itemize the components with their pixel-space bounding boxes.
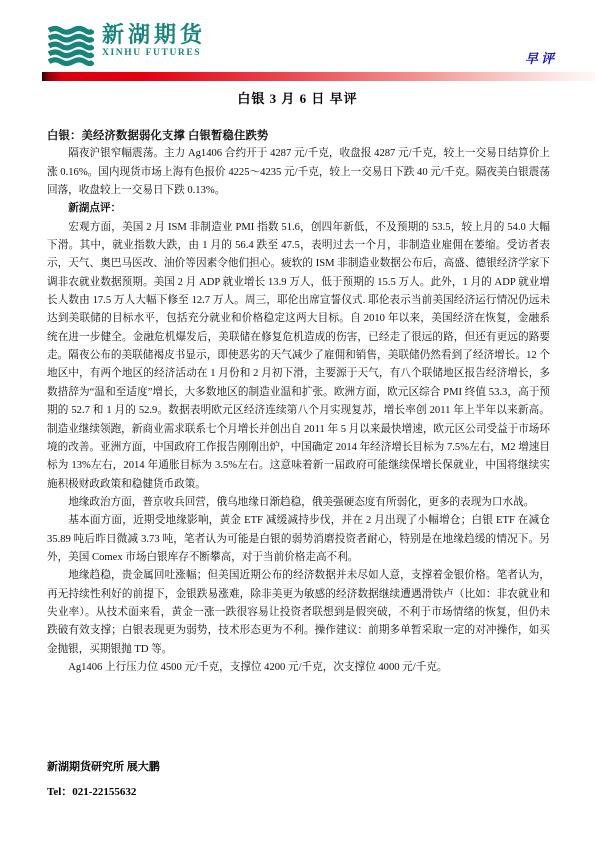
author-line: 新湖期货研究所 展大鹏: [47, 755, 160, 780]
report-headline: 白银：美经济数据弱化支撑 白银暂稳住跌势: [47, 127, 550, 145]
logo-name-cn: 新湖期货: [102, 24, 206, 46]
comment-section-label: 新湖点评：: [47, 200, 550, 218]
paragraph-price-levels: Ag1406 上行压力位 4500 元/千克，支撑位 4200 元/千克，次支撑…: [47, 659, 550, 677]
company-logo: 新湖期货 XINHU FUTURES: [48, 24, 557, 72]
telephone-line: Tel：021-22155632: [47, 780, 160, 805]
page-header: 新湖期货 XINHU FUTURES 早评: [48, 24, 557, 70]
paragraph-macro: 宏观方面，美国 2 月 ISM 非制造业 PMI 指数 51.6，创四年新低，不…: [47, 219, 550, 494]
report-footer: 新湖期货研究所 展大鹏 Tel：021-22155632: [47, 755, 160, 805]
paragraph-market-recap: 隔夜沪银窄幅震荡。主力 Ag1406 合约开于 4287 元/千克，收盘报 42…: [47, 145, 550, 200]
report-type-label: 早评: [525, 48, 557, 67]
paragraph-technical-advice: 地缘趋稳，贵金属回吐涨幅；但美国近期公布的经济数据并未尽如人意，支撑着金银价格。…: [47, 567, 550, 659]
report-body: 白银：美经济数据弱化支撑 白银暂稳住跌势 隔夜沪银窄幅震荡。主力 Ag1406 …: [47, 127, 550, 677]
wave-lake-icon: [48, 25, 94, 72]
report-page: 新湖期货 XINHU FUTURES 早评 白银 3 月 6 日 早评 白银：美…: [0, 0, 595, 842]
header-divider-bar: [42, 72, 595, 81]
logo-text: 新湖期货 XINHU FUTURES: [102, 24, 206, 59]
page-title: 白银 3 月 6 日 早评: [0, 88, 595, 107]
paragraph-geopolitics: 地缘政治方面，普京收兵回营，俄乌地缘日渐趋稳，俄美强硬态度有所弱化，更多的表现为…: [47, 494, 550, 512]
paragraph-fundamentals: 基本面方面，近期受地缘影响，黄金 ETF 减缓减持步伐，并在 2 月出现了小幅增…: [47, 512, 550, 567]
logo-name-en: XINHU FUTURES: [102, 49, 206, 59]
